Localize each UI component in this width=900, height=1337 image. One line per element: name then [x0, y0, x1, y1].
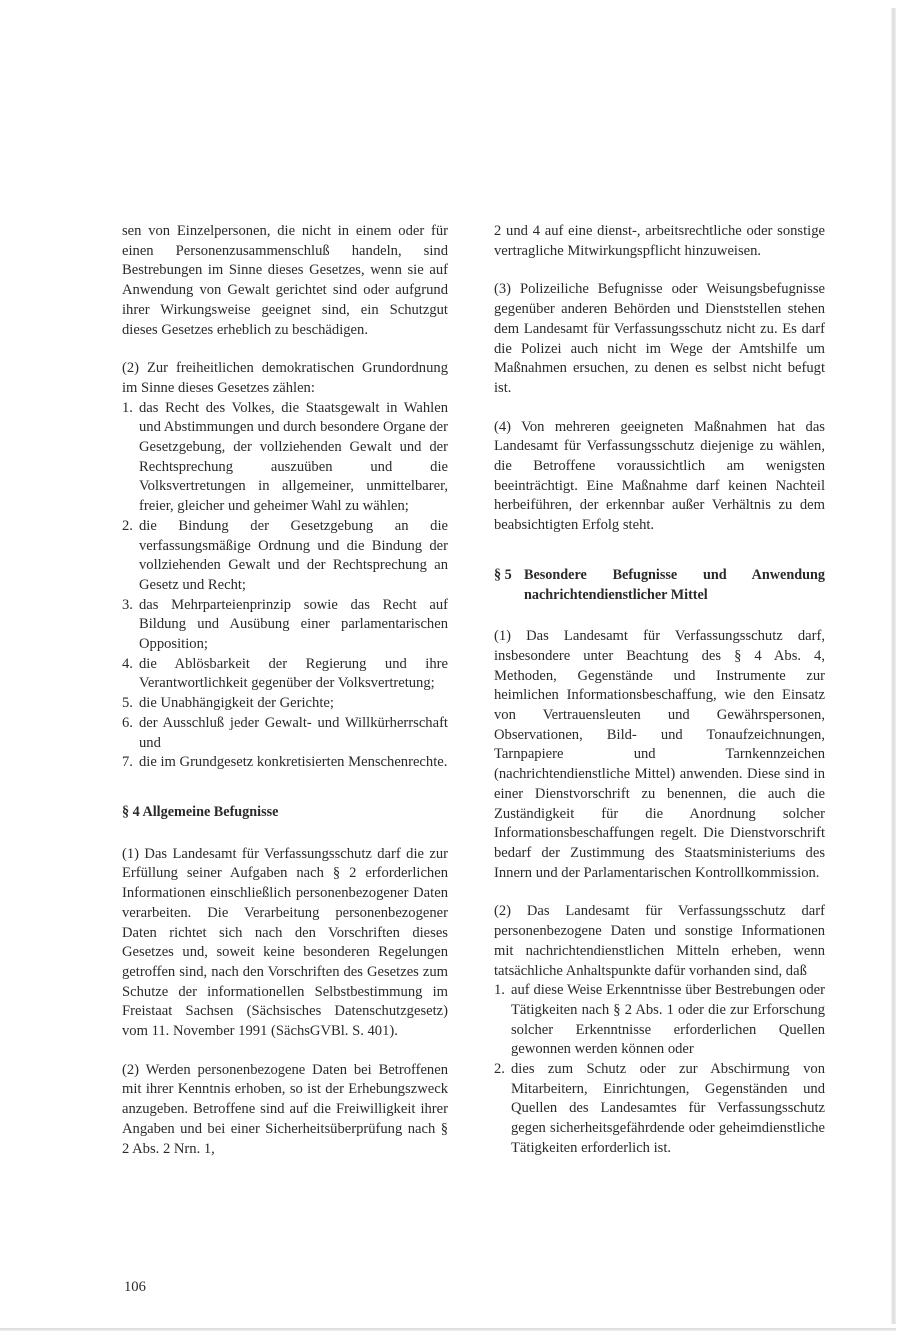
right-column: 2 und 4 auf eine dienst-, arbeitsrechtli…: [494, 222, 825, 1178]
section5-heading: § 5 Besondere Befugnisse und Anwendung n…: [494, 566, 825, 605]
intro-paragraph: sen von Einzelpersonen, die nicht in ein…: [122, 222, 448, 340]
list-item: 2.dies zum Schutz oder zur Abschirmung v…: [494, 1060, 825, 1159]
section4-para3: (3) Polizeiliche Befugnisse oder Weisung…: [494, 280, 825, 398]
section5-para2: (2) Das Landesamt für Verfassungsschutz …: [494, 902, 825, 1158]
scan-page-edge-right: [891, 8, 896, 1324]
section4-para1: (1) Das Landesamt für Verfassungsschutz …: [122, 845, 448, 1042]
list-item: 3.das Mehrparteienprinzip sowie das Rech…: [122, 596, 448, 655]
page-number: 106: [124, 1279, 146, 1296]
scan-page-edge-bottom: [0, 1328, 896, 1331]
section3-para2: (2) Zur freiheitlichen demokratischen Gr…: [122, 359, 448, 773]
list-item: 4.die Ablösbarkeit der Regierung und ihr…: [122, 655, 448, 694]
list-item: 7.die im Grundgesetz konkretisierten Men…: [122, 753, 448, 773]
list-item: 5.die Unabhängigkeit der Gerichte;: [122, 694, 448, 714]
list-item: 2.die Bindung der Gesetzgebung an die ve…: [122, 517, 448, 596]
section4-para2-start: (2) Werden personenbezogene Daten bei Be…: [122, 1061, 448, 1160]
democratic-order-list: 1.das Recht des Volkes, die Staatsgewalt…: [122, 399, 448, 773]
list-item: 6.der Ausschluß jeder Gewalt- und Willkü…: [122, 714, 448, 753]
list-item: 1.auf diese Weise Erkenntnisse über Best…: [494, 981, 825, 1060]
section4-heading: § 4 Allgemeine Befugnisse: [122, 803, 448, 823]
section5-conditions-list: 1.auf diese Weise Erkenntnisse über Best…: [494, 981, 825, 1158]
left-column: sen von Einzelpersonen, die nicht in ein…: [122, 222, 448, 1178]
intro-text: sen von Einzelpersonen, die nicht in ein…: [122, 222, 448, 340]
section5-number: § 5: [494, 566, 524, 605]
section5-para1: (1) Das Landesamt für Verfassungsschutz …: [494, 627, 825, 883]
section4-para4: (4) Von mehreren geeigneten Maßnahmen ha…: [494, 418, 825, 536]
list-item: 1.das Recht des Volkes, die Staatsgewalt…: [122, 399, 448, 517]
section5-title: Besondere Befugnisse und Anwendung nachr…: [524, 566, 825, 605]
para2-lead: (2) Zur freiheitlichen demokratischen Gr…: [122, 359, 448, 398]
section4-para2-end: 2 und 4 auf eine dienst-, arbeitsrechtli…: [494, 222, 825, 261]
